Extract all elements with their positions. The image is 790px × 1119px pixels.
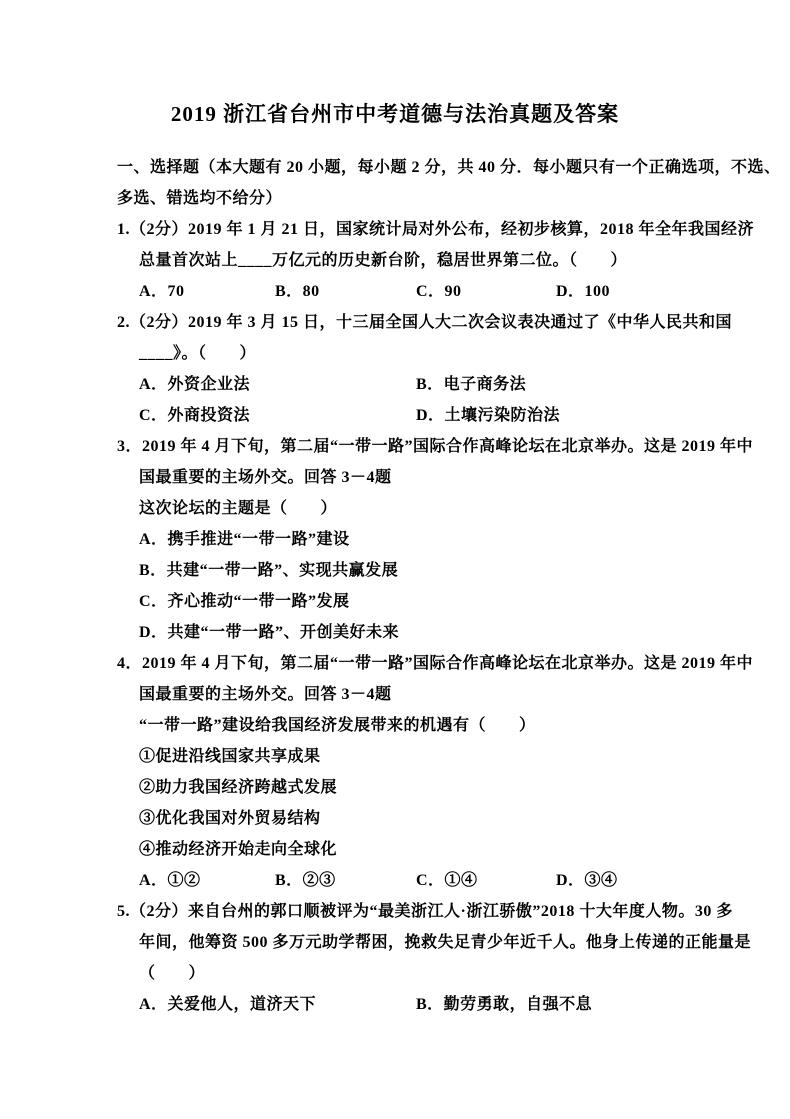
question-4-item-4: ④推动经济开始走向全球化 xyxy=(139,834,790,865)
question-5-option-a: A．关爱他人，道济天下 xyxy=(139,989,416,1020)
question-2-option-b: B．电子商务法 xyxy=(416,369,790,400)
question-3-text-line-3: 这次论坛的主题是（ ） xyxy=(139,493,790,524)
question-4-option-a: A．①② xyxy=(139,865,275,896)
question-1-option-c: C．90 xyxy=(416,276,556,307)
question-2-options-row-2: C．外商投资法 D．土壤污染防治法 xyxy=(139,400,790,431)
question-2-option-c: C．外商投资法 xyxy=(139,400,416,431)
question-5-option-b: B．勤劳勇敢，自强不息 xyxy=(416,989,790,1020)
question-4-option-d: D．③④ xyxy=(556,865,790,896)
question-5: 5.（2分）来自台州的郭口顺被评为“最美浙江人·浙江骄傲”2018 十大年度人物… xyxy=(117,896,790,1020)
section-header-line-2: 多选、错选均不给分） xyxy=(117,183,790,214)
question-4-item-3: ③优化我国对外贸易结构 xyxy=(139,803,790,834)
question-4-text-line-3: “一带一路”建设给我国经济发展带来的机遇有（ ） xyxy=(139,710,790,741)
question-2-options-row-1: A．外资企业法 B．电子商务法 xyxy=(139,369,790,400)
question-4-item-1: ①促进沿线国家共享成果 xyxy=(139,741,790,772)
question-1-option-a: A．70 xyxy=(139,276,275,307)
question-4-text-line-2: 国最重要的主场外交。回答 3－4题 xyxy=(139,679,790,710)
question-2-text-line-1: 2.（2分）2019 年 3 月 15 日，十三届全国人大二次会议表决通过了《中… xyxy=(117,307,790,338)
question-4-option-b: B．②③ xyxy=(275,865,416,896)
question-2-option-a: A．外资企业法 xyxy=(139,369,416,400)
document-title: 2019 浙江省台州市中考道德与法治真题及答案 xyxy=(117,100,673,128)
question-4: 4．2019 年 4 月下旬，第二届“一带一路”国际合作高峰论坛在北京举办。这是… xyxy=(117,648,790,896)
question-4-item-2: ②助力我国经济跨越式发展 xyxy=(139,772,790,803)
question-3-text-line-1: 3．2019 年 4 月下旬，第二届“一带一路”国际合作高峰论坛在北京举办。这是… xyxy=(117,431,790,462)
question-4-text-line-1: 4．2019 年 4 月下旬，第二届“一带一路”国际合作高峰论坛在北京举办。这是… xyxy=(117,648,790,679)
question-3-option-a: A．携手推进“一带一路”建设 xyxy=(139,524,790,555)
question-2-text-line-2: ____》。（ ） xyxy=(139,338,790,369)
question-5-text-line-2: 年间，他筹资 500 多万元助学帮困，挽救失足青少年近千人。他身上传递的正能量是 xyxy=(139,927,790,958)
question-3-option-d: D．共建“一带一路”、开创美好未来 xyxy=(139,617,790,648)
question-2: 2.（2分）2019 年 3 月 15 日，十三届全国人大二次会议表决通过了《中… xyxy=(117,307,790,431)
question-1-option-d: D．100 xyxy=(556,276,790,307)
question-1: 1.（2分）2019 年 1 月 21 日，国家统计局对外公布，经初步核算，20… xyxy=(117,214,790,307)
question-2-option-d: D．土壤污染防治法 xyxy=(416,400,790,431)
exam-document-page: 2019 浙江省台州市中考道德与法治真题及答案 一、选择题（本大题有 20 小题… xyxy=(0,0,790,1119)
question-5-options-row: A．关爱他人，道济天下 B．勤劳勇敢，自强不息 xyxy=(139,989,790,1020)
question-1-option-b: B．80 xyxy=(275,276,416,307)
question-5-text-line-1: 5.（2分）来自台州的郭口顺被评为“最美浙江人·浙江骄傲”2018 十大年度人物… xyxy=(117,896,790,927)
section-header-line-1: 一、选择题（本大题有 20 小题，每小题 2 分，共 40 分．每小题只有一个正… xyxy=(117,152,790,183)
question-1-text-line-2: 总量首次站上____万亿元的历史新台阶，稳居世界第二位。（ ） xyxy=(139,245,790,276)
question-3: 3．2019 年 4 月下旬，第二届“一带一路”国际合作高峰论坛在北京举办。这是… xyxy=(117,431,790,648)
question-4-options-row: A．①② B．②③ C．①④ D．③④ xyxy=(139,865,790,896)
question-1-text-line-1: 1.（2分）2019 年 1 月 21 日，国家统计局对外公布，经初步核算，20… xyxy=(117,214,790,245)
question-3-option-b: B．共建“一带一路”、实现共赢发展 xyxy=(139,555,790,586)
question-3-text-line-2: 国最重要的主场外交。回答 3－4题 xyxy=(139,462,790,493)
question-1-options-row: A．70 B．80 C．90 D．100 xyxy=(139,276,790,307)
question-4-option-c: C．①④ xyxy=(416,865,556,896)
question-3-option-c: C．齐心推动“一带一路”发展 xyxy=(139,586,790,617)
question-5-text-line-3: （ ） xyxy=(139,958,790,989)
